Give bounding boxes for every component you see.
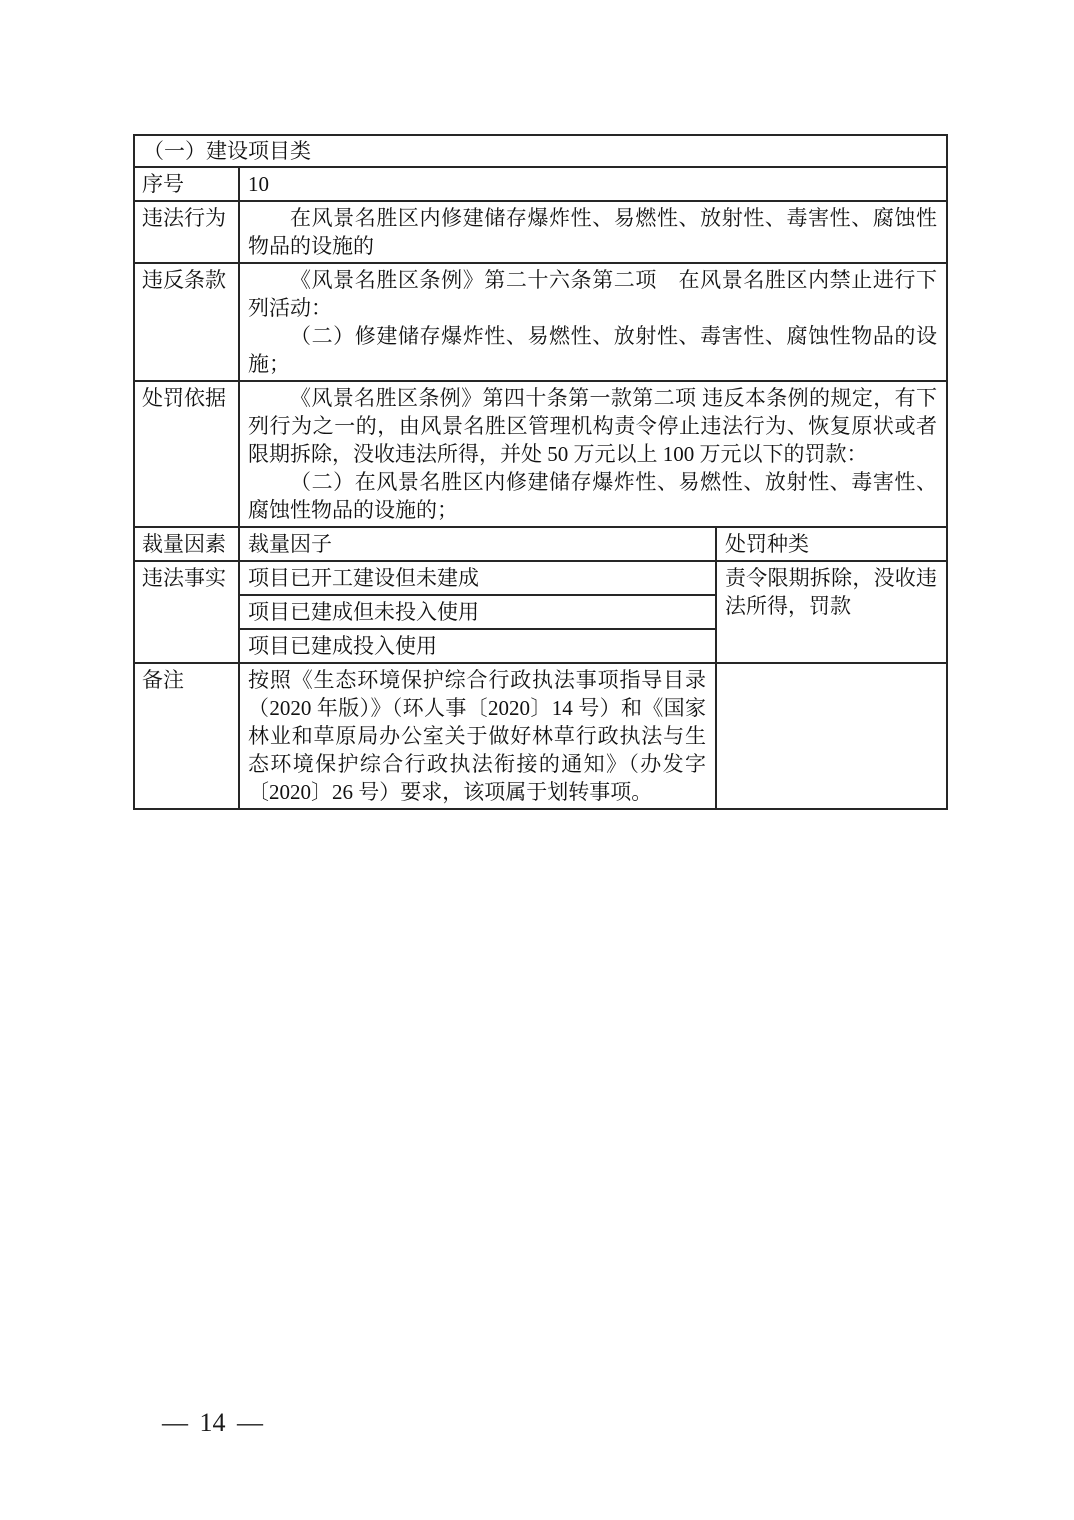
violated-clause-content-cell: 《风景名胜区条例》第二十六条第二项 在风景名胜区内禁止进行下列活动： （二）修建… [239,263,947,381]
document-page: （一）建设项目类 序号 10 违法行为 在风景名胜区内修建储存爆炸性、易燃性、放… [0,0,1074,1520]
penalty-basis-paragraph-1: 《风景名胜区条例》第四十条第一款第二项 违反本条例的规定，有下列行为之一的，由风… [248,384,937,468]
remark-content-cell: 按照《生态环境保护综合行政执法事项指导目录（2020 年版）》（环人事〔2020… [239,663,716,809]
penalty-type-header-cell: 处罚种类 [716,527,947,561]
fact-item-cell-1: 项目已开工建设但未建成 [239,561,716,595]
serial-label-cell: 序号 [134,167,239,201]
penalty-basis-content-cell: 《风景名胜区条例》第四十条第一款第二项 违反本条例的规定，有下列行为之一的，由风… [239,381,947,527]
violated-clause-label-cell: 违反条款 [134,263,239,381]
illegal-act-label-cell: 违法行为 [134,201,239,263]
illegal-act-content-cell: 在风景名胜区内修建储存爆炸性、易燃性、放射性、毒害性、腐蚀性物品的设施的 [239,201,947,263]
fact-item-cell-2: 项目已建成但未投入使用 [239,595,716,629]
remark-paragraph: 按照《生态环境保护综合行政执法事项指导目录（2020 年版）》（环人事〔2020… [248,666,706,806]
penalty-basis-label-cell: 处罚依据 [134,381,239,527]
violated-clause-paragraph-1: 《风景名胜区条例》第二十六条第二项 在风景名胜区内禁止进行下列活动： [248,266,937,322]
serial-value-cell: 10 [239,167,947,201]
remark-empty-cell [716,663,947,809]
penalty-item-table: （一）建设项目类 序号 10 违法行为 在风景名胜区内修建储存爆炸性、易燃性、放… [133,134,948,810]
remark-label-cell: 备注 [134,663,239,809]
discretion-label-cell: 裁量因素 [134,527,239,561]
penalty-basis-paragraph-2: （二）在风景名胜区内修建储存爆炸性、易燃性、放射性、毒害性、腐蚀性物品的设施的； [248,468,937,524]
category-header-cell: （一）建设项目类 [134,135,947,167]
facts-label-cell: 违法事实 [134,561,239,663]
page-number: — 14 — [162,1406,263,1440]
fact-item-cell-3: 项目已建成投入使用 [239,629,716,663]
penalty-type-value-cell: 责令限期拆除，没收违法所得，罚款 [716,561,947,663]
discretion-factor-header-cell: 裁量因子 [239,527,716,561]
illegal-act-paragraph: 在风景名胜区内修建储存爆炸性、易燃性、放射性、毒害性、腐蚀性物品的设施的 [248,204,937,260]
violated-clause-paragraph-2: （二）修建储存爆炸性、易燃性、放射性、毒害性、腐蚀性物品的设施； [248,322,937,378]
